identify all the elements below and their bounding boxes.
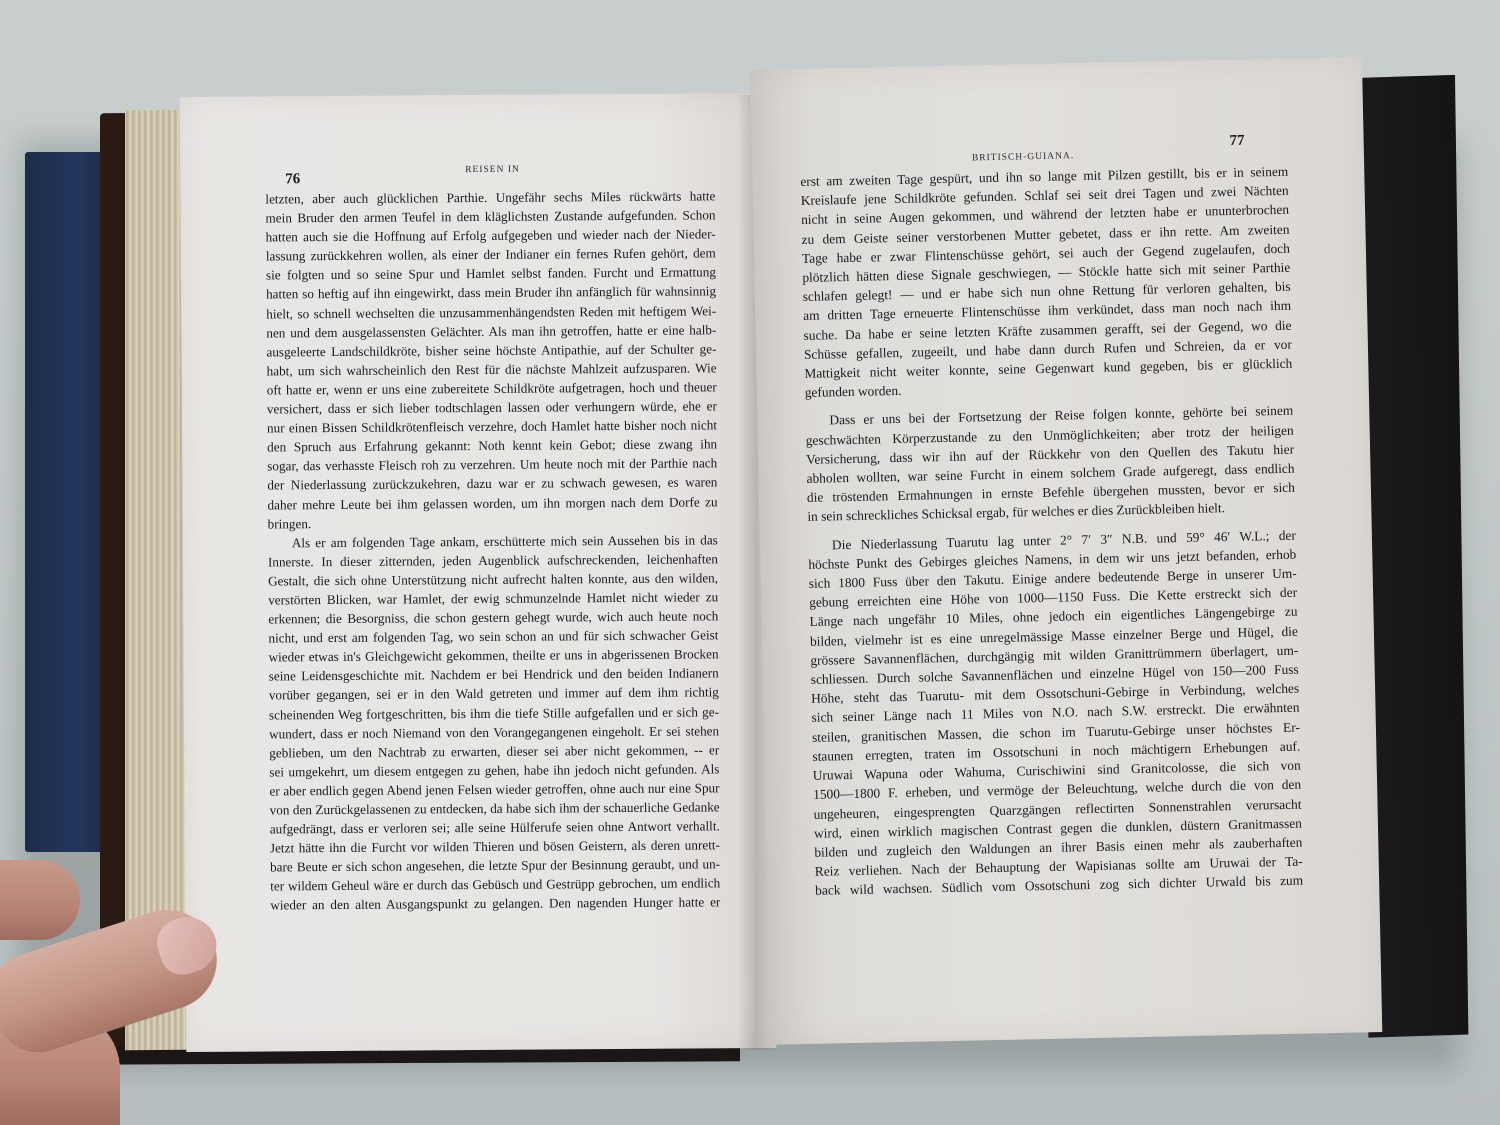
text-line: hatten so heftig auf ihn eingewirkt, das…: [266, 282, 716, 304]
text-line: daher mehre Leute bei ihm gelassen worde…: [267, 492, 717, 514]
page-number-left: 76: [285, 171, 300, 188]
running-head-left: REISEN IN: [465, 165, 520, 175]
page-number-right: 77: [1229, 133, 1244, 150]
left-page-body: letzten, aber auch glücklichen Parthie. …: [265, 186, 720, 915]
text-line: wieder an den alten Ausgangspunkt zu gel…: [270, 893, 720, 915]
holding-hand: [0, 860, 230, 1125]
right-page-body: erst am zweiten Tage gespürt, und ihn so…: [800, 162, 1303, 901]
text-line: scheinenden Weg fortgeschritten, bis ihm…: [269, 702, 719, 724]
right-page: 77 BRITISCH-GUIANA. erst am zweiten Tage…: [750, 57, 1382, 1045]
text-line: der Niederlassung zurückzukehren, dazu w…: [267, 473, 717, 495]
index-finger: [0, 860, 80, 940]
running-head-right: BRITISCH-GUIANA.: [972, 151, 1074, 163]
text-line: vorüber gegangen, sei er in den Wald get…: [269, 683, 719, 705]
thumbnail: [151, 909, 223, 980]
left-page: 76 REISEN IN letzten, aber auch glücklic…: [180, 93, 777, 1052]
photo-scene: 76 REISEN IN letzten, aber auch glücklic…: [0, 0, 1500, 1125]
